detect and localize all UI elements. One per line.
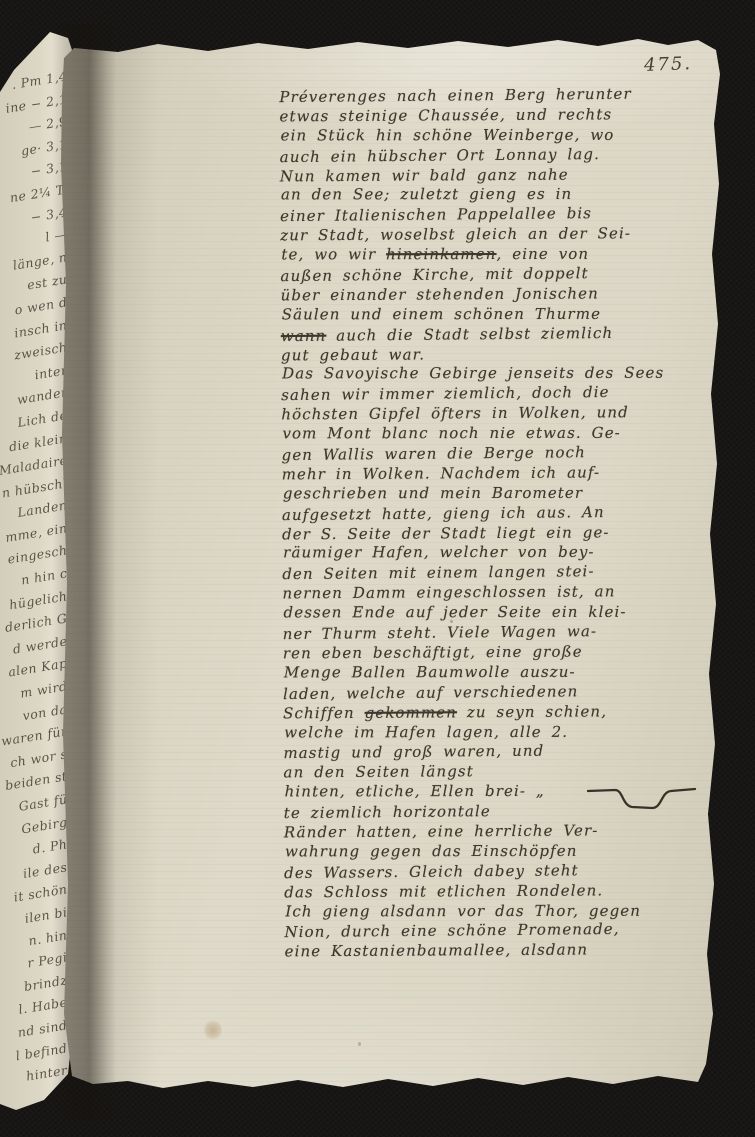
- manuscript-line: Nun kamen wir bald ganz nahe: [280, 164, 718, 187]
- manuscript-line: Préverenges nach einen Berg herunter: [279, 84, 717, 108]
- manuscript-line: vom Mont blanc noch nie etwas. Ge-: [282, 424, 720, 445]
- manuscript-text-block: Préverenges nach einen Berg herunteretwa…: [279, 85, 722, 963]
- manuscript-line: geschrieben und mein Barometer: [283, 483, 721, 504]
- manuscript-line: gen Wallis waren die Berge noch: [281, 442, 719, 466]
- manuscript-line: der S. Seite der Stadt liegt ein ge-: [282, 522, 720, 545]
- manuscript-line: Säulen und einem schönen Thurme: [282, 304, 720, 325]
- paper-stain: [204, 1020, 222, 1040]
- manuscript-page: 475. Préverenges nach einen Berg herunte…: [58, 34, 728, 1096]
- manuscript-line: aufgesetzt hatte, gieng ich aus. An: [282, 502, 720, 526]
- manuscript-line: ein Stück hin schöne Weinberge, wo: [281, 125, 719, 146]
- page-number: 475.: [644, 53, 693, 76]
- manuscript-line: laden, welche auf verschiedenen: [283, 681, 721, 705]
- manuscript-line: eine Kastanienbaumallee, alsdann: [285, 940, 723, 963]
- manuscript-line: dessen Ende auf jeder Seite ein klei-: [284, 603, 722, 624]
- manuscript-line: höchsten Gipfel öfters in Wolken, und: [281, 403, 719, 426]
- manuscript-line: zur Stadt, woselbst gleich an der Sei-: [280, 224, 718, 247]
- manuscript-line: Menge Ballen Baumwolle auszu-: [284, 662, 722, 683]
- manuscript-line: Ränder hatten, eine herrliche Ver-: [284, 821, 722, 844]
- manuscript-line: gut gebaut war.: [281, 343, 719, 366]
- manuscript-line: mehr in Wolken. Nachdem ich auf-: [282, 463, 720, 486]
- facing-page-fragments: . Pm 1,4ine − 2,1— 2,9ge· 3,1− 3,1ne 2¼ …: [0, 74, 68, 1091]
- manuscript-line: te, wo wir hineinkamen, eine von: [281, 245, 719, 266]
- manuscript-line: des Wassers. Gleich dabey steht: [284, 860, 722, 884]
- ink-speck: [450, 620, 453, 623]
- manuscript-line: wann auch die Stadt selbst ziemlich: [281, 323, 719, 347]
- trough-profile-sketch: [586, 780, 698, 814]
- manuscript-line: ren eben beschäftigt, eine große: [283, 642, 721, 665]
- manuscript-line: außen schöne Kirche, mit doppelt: [280, 263, 718, 287]
- manuscript-line: wahrung gegen das Einschöpfen: [285, 841, 723, 862]
- ink-speck: [358, 1042, 361, 1046]
- manuscript-line: über einander stehenden Jonischen: [281, 284, 719, 307]
- manuscript-line: Schiffen gekommen zu seyn schien,: [283, 701, 721, 724]
- manuscript-line: etwas steinige Chaussée, und rechts: [279, 105, 717, 128]
- manuscript-line: nernen Damm eingeschlossen ist, an: [282, 582, 720, 605]
- manuscript-line: auch ein hübscher Ort Lonnay lag.: [280, 144, 718, 168]
- manuscript-line: das Schloss mit etlichen Rondelen.: [284, 880, 722, 903]
- scan-background: . Pm 1,4ine − 2,1— 2,9ge· 3,1− 3,1ne 2¼ …: [0, 0, 755, 1137]
